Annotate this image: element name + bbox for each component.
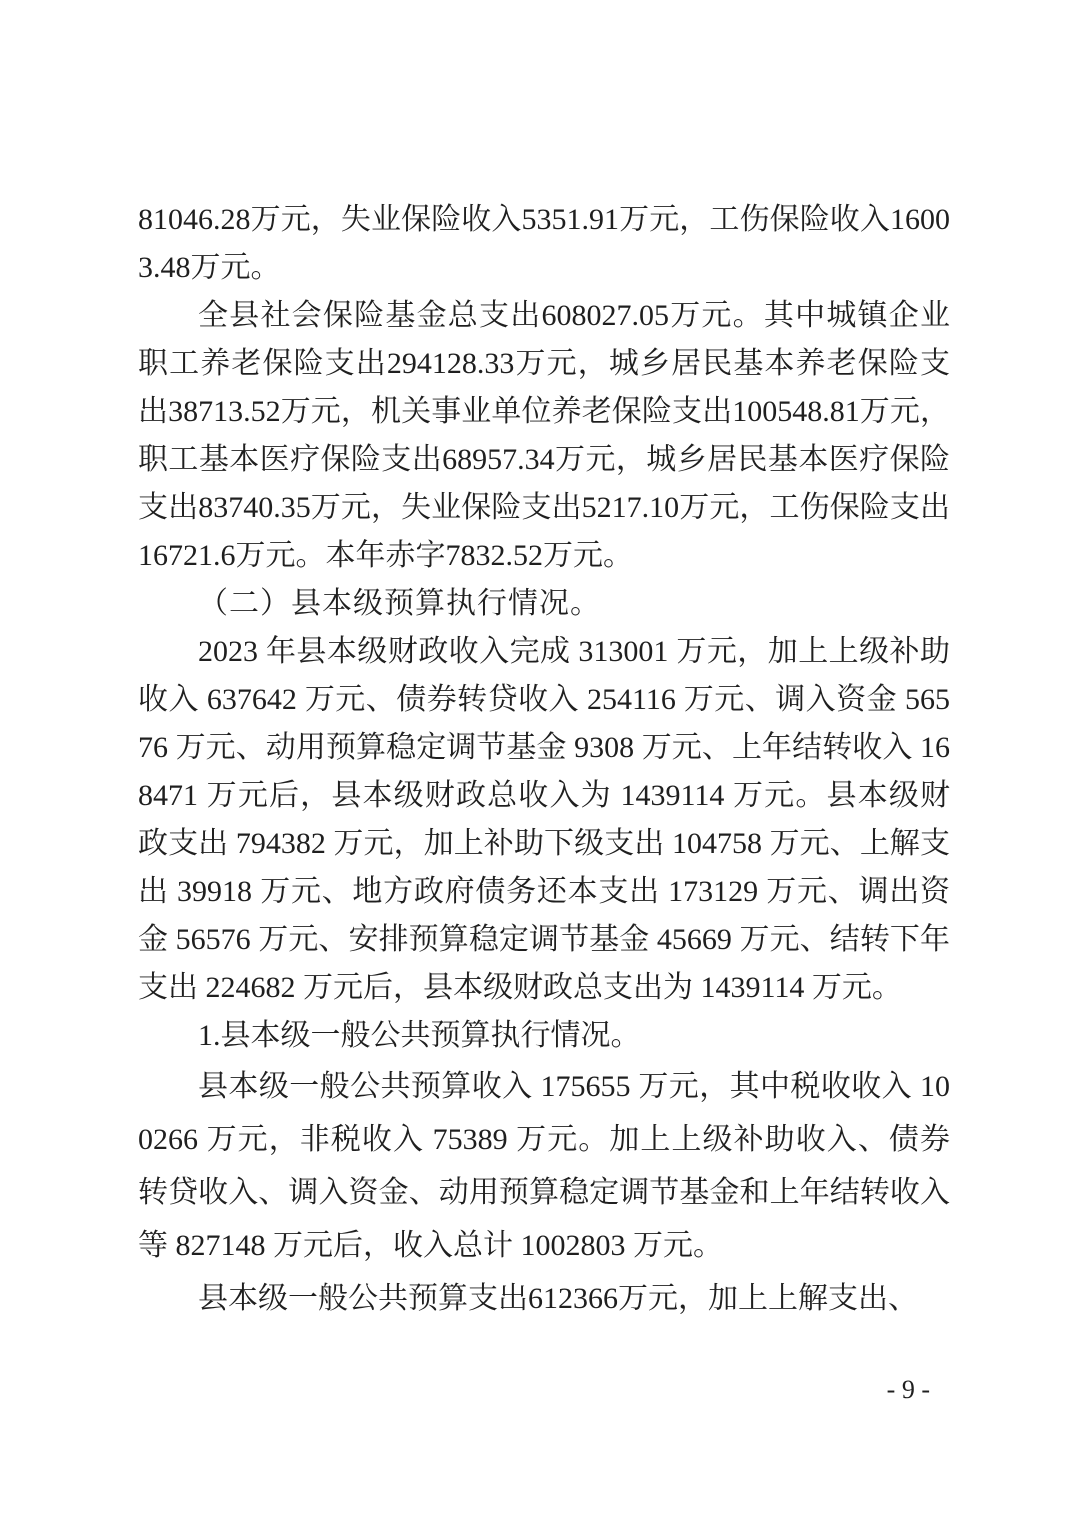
paragraph: 2023 年县本级财政收入完成 313001 万元，加上上级补助收入 63764…: [138, 628, 950, 1012]
document-page: 81046.28万元，失业保险收入5351.91万元，工伤保险收入16003.4…: [0, 0, 1069, 1514]
document-body: 81046.28万元，失业保险收入5351.91万元，工伤保险收入16003.4…: [138, 196, 950, 1325]
numbered-heading: 1.县本级一般公共预算执行情况。: [138, 1012, 950, 1060]
paragraph-continuation: 81046.28万元，失业保险收入5351.91万元，工伤保险收入16003.4…: [138, 196, 950, 292]
paragraph: 全县社会保险基金总支出608027.05万元。其中城镇企业职工养老保险支出294…: [138, 292, 950, 580]
page-number: - 9 -: [887, 1375, 930, 1404]
paragraph: 县本级一般公共预算支出612366万元，加上上解支出、: [138, 1272, 950, 1325]
page-footer: - 9 -: [887, 1374, 930, 1406]
paragraph: 县本级一般公共预算收入 175655 万元，其中税收收入 100266 万元，非…: [138, 1060, 950, 1272]
section-heading: （二）县本级预算执行情况。: [138, 580, 950, 628]
